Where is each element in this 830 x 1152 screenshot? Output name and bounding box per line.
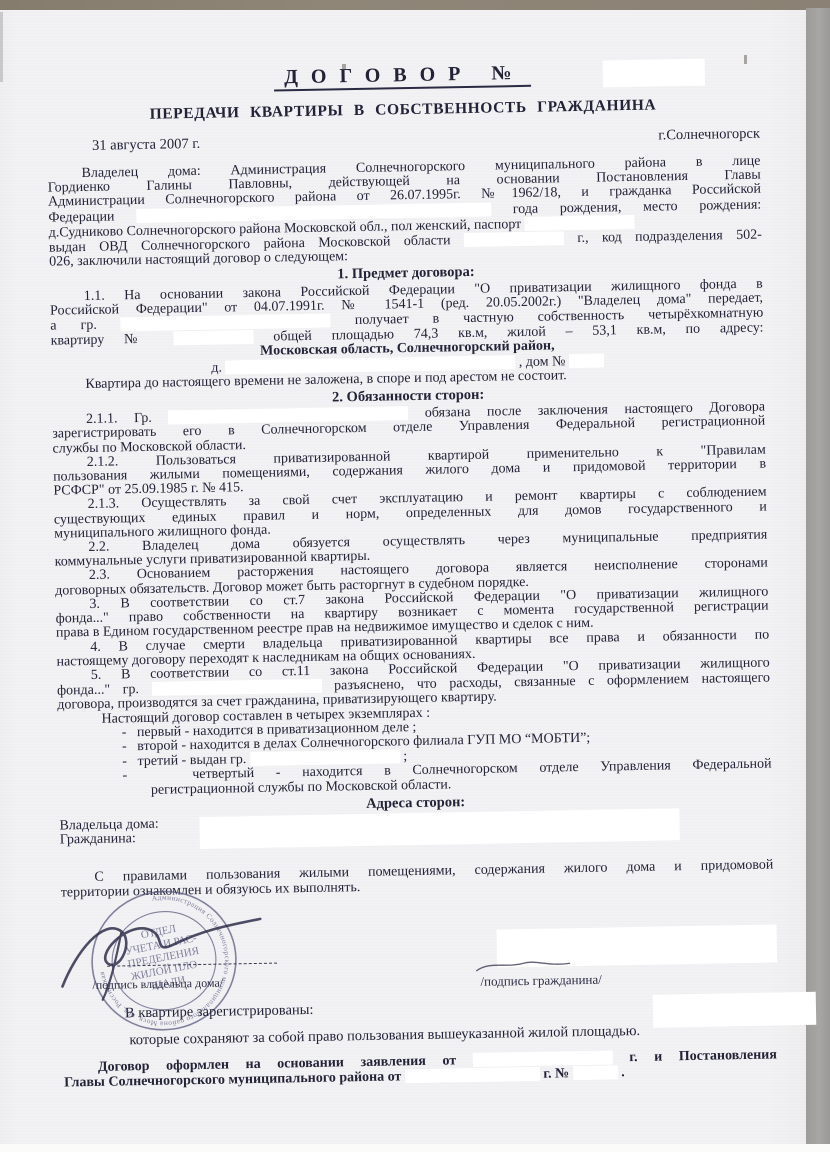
- redaction-box: [405, 1067, 540, 1083]
- redaction-box: [464, 231, 564, 247]
- contract-text-lower: Договор оформлен на основании заявления …: [64, 1047, 777, 1091]
- redaction-box: [569, 353, 604, 368]
- document-body: ДОГОВОР № ПЕРЕДАЧИ КВАРТИРЫ В СОБСТВЕННО…: [0, 0, 830, 1152]
- redaction-box: [173, 330, 253, 345]
- document-title: ДОГОВОР №: [274, 62, 531, 92]
- signature-area: Администрация Солнечногорского муниципал…: [61, 889, 777, 1052]
- redaction-box: [653, 991, 817, 1027]
- owner-signature: [55, 884, 272, 1013]
- document-date: 31 августа 2007 г.: [92, 136, 200, 155]
- scanned-contract-page: ДОГОВОР № ПЕРЕДАЧИ КВАРТИРЫ В СОБСТВЕННО…: [0, 0, 830, 1152]
- citizen-signature: [474, 957, 574, 973]
- redaction-box: [573, 1066, 618, 1081]
- document-city: г.Солнечногорск: [658, 126, 760, 145]
- redaction-box: [473, 1050, 613, 1067]
- registered-persons-line: В квартире зарегистрированы:: [125, 1002, 314, 1022]
- redaction-box: [525, 215, 635, 231]
- document-subtitle: ПЕРЕДАЧИ КВАРТИРЫ В СОБСТВЕННОСТЬ ГРАЖДА…: [46, 95, 759, 126]
- citizen-signature-caption: /подпись гражданина/: [480, 971, 602, 989]
- contract-text-upper: Владелец дома: Администрация Солнечногор…: [47, 155, 773, 901]
- redaction-box: [603, 59, 705, 88]
- date-row: 31 августа 2007 г. г.Солнечногорск: [47, 126, 760, 156]
- document-title-row: ДОГОВОР №: [46, 58, 759, 99]
- owner-signature-caption: /подпись владельца дома/: [92, 975, 223, 992]
